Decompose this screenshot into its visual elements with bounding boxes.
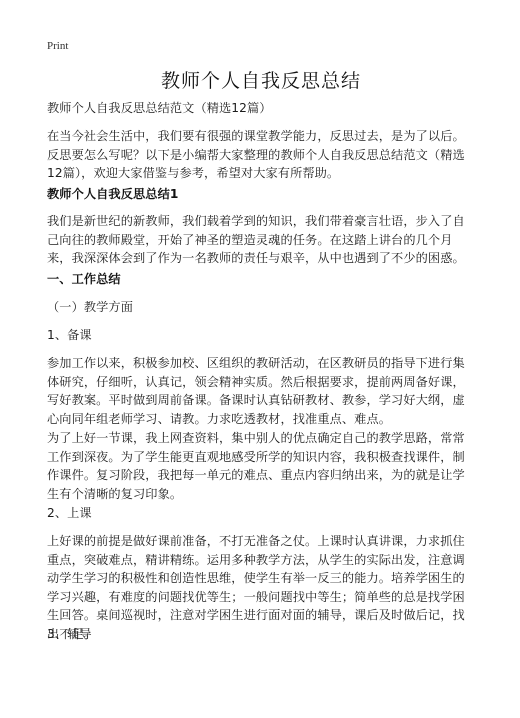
section-heading: 教师个人自我反思总结1 <box>47 185 475 204</box>
item-lesson-prep-paragraph-2: 为了上好一节课，我上网查资料，集中别人的优点确定自己的教学思路，常常工作到深夜。… <box>47 429 475 503</box>
item-lesson-prep-title: 1、备课 <box>47 326 475 345</box>
print-link[interactable]: Print <box>47 40 68 52</box>
section-paragraph: 我们是新世纪的新教师，我们载着学到的知识，我们带着豪言壮语，步入了自己向往的教师… <box>47 212 475 268</box>
intro-paragraph: 在当今社会生活中，我们要有很强的课堂教学能力，反思过去，是为了以后。反思要怎么写… <box>47 127 475 183</box>
item-lesson-prep-paragraph-1: 参加工作以来，积极参加校、区组织的教研活动，在区教研员的指导下进行集体研究，仔细… <box>47 354 475 428</box>
item-class-title: 2、上课 <box>47 504 475 523</box>
document-subtitle: 教师个人自我反思总结范文（精选12篇） <box>47 99 475 118</box>
heading-work-summary: 一、工作总结 <box>47 270 475 289</box>
document-title: 教师个人自我反思总结 <box>47 66 475 93</box>
heading-teaching: （一）教学方面 <box>47 298 475 317</box>
item-tutoring-title: 3、辅导 <box>47 625 475 644</box>
